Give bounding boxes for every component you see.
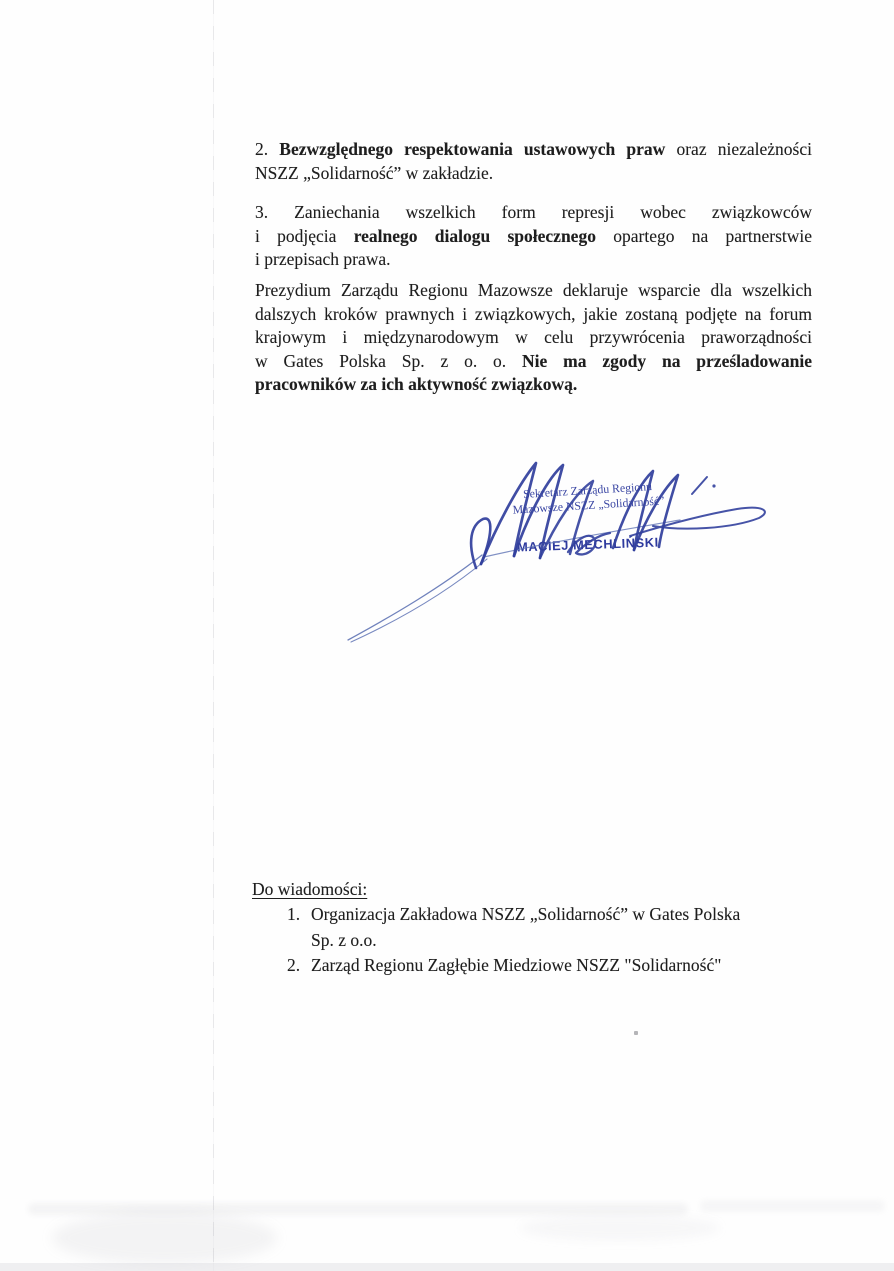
list-item-text: Organizacja Zakładowa NSZZ „Solidarność”… — [311, 904, 740, 924]
scan-speck — [634, 1031, 638, 1035]
text-segment-bold: Bezwzględnego respektowania ustawowych p… — [279, 139, 665, 159]
distribution-item-1-continued: Sp. z o.o. — [311, 929, 377, 953]
scan-smudge — [520, 1215, 720, 1241]
scan-seam-line — [213, 0, 214, 1271]
signer-stamp-title: Sekretarz Zarządu Regionu Mazowsze NSZZ … — [491, 477, 684, 518]
list-number: 1. — [287, 903, 311, 927]
text-line: i przepisach prawa. — [255, 248, 812, 272]
distribution-item-2: 2.Zarząd Regionu Zagłębie Miedziowe NSZZ… — [287, 954, 721, 978]
list-item-text: Zarząd Regionu Zagłębie Miedziowe NSZZ "… — [311, 955, 721, 975]
scan-edge-band — [0, 1263, 894, 1271]
paragraph-demand-2: 2. Bezwzględnego respektowania ustawowyc… — [255, 138, 812, 185]
text-segment: opartego na partnerstwie — [596, 226, 812, 246]
text-segment: 2. — [255, 139, 279, 159]
text-line-bold: pracowników za ich aktywność związkową. — [255, 373, 812, 397]
scanned-document-page: 2. Bezwzględnego respektowania ustawowyc… — [0, 0, 894, 1271]
text-line: Prezydium Zarządu Regionu Mazowsze dekla… — [255, 279, 812, 303]
text-segment: i podjęcia — [255, 226, 354, 246]
scan-smudge — [700, 1200, 885, 1212]
text-line: 3. Zaniechania wszelkich form represji w… — [255, 201, 812, 225]
list-number: 2. — [287, 954, 311, 978]
signer-name-stamp: MACIEJ MECHLIŃSKI — [517, 535, 659, 555]
scan-smudge — [28, 1203, 688, 1215]
text-line: 2. Bezwzględnego respektowania ustawowyc… — [255, 138, 812, 162]
text-segment: oraz niezależności — [665, 139, 812, 159]
text-segment-bold: Nie ma zgody na prześladowanie — [522, 351, 812, 371]
scan-smudge — [52, 1212, 277, 1264]
text-line: i podjęcia realnego dialogu społecznego … — [255, 225, 812, 249]
paragraph-demand-3: 3. Zaniechania wszelkich form represji w… — [255, 201, 812, 272]
paragraph-declaration: Prezydium Zarządu Regionu Mazowsze dekla… — [255, 279, 812, 397]
text-line: w Gates Polska Sp. z o. o. Nie ma zgody … — [255, 350, 812, 374]
distribution-heading: Do wiadomości: — [252, 879, 367, 900]
text-line: dalszych kroków prawnych i związkowych, … — [255, 303, 812, 327]
distribution-item-1: 1.Organizacja Zakładowa NSZZ „Solidarnoś… — [287, 903, 740, 927]
text-line: NSZZ „Solidarność” w zakładzie. — [255, 162, 812, 186]
text-line: krajowym i międzynarodowym w celu przywr… — [255, 326, 812, 350]
text-segment: w Gates Polska Sp. z o. o. — [255, 351, 522, 371]
text-segment-bold: realnego dialogu społecznego — [354, 226, 596, 246]
